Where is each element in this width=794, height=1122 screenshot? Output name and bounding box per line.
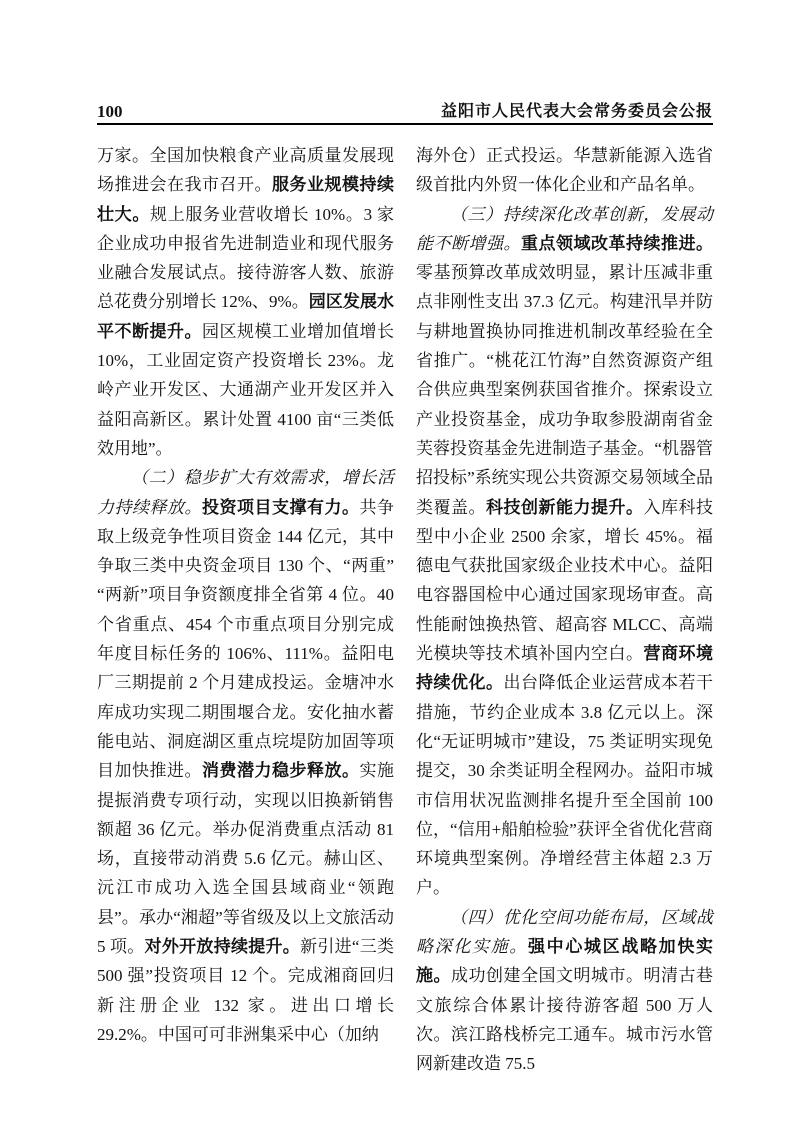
text-run: 投资项目支撑有力。 bbox=[202, 498, 360, 517]
text-run: 零基预算改革成效明显，累计压减非重点非刚性支出 37.3 亿元。构建汛旱并防与耕… bbox=[416, 263, 713, 516]
text-run: 对外开放持续提升。 bbox=[145, 937, 301, 956]
body-content: 万家。全国加快粮食产业高质量发展现场推进会在我市召开。服务业规模持续壮大。规上服… bbox=[97, 141, 713, 1079]
page-number: 100 bbox=[97, 103, 123, 120]
running-header: 100 益阳市人民代表大会常务委员会公报 bbox=[97, 103, 713, 125]
text-column-left: 万家。全国加快粮食产业高质量发展现场推进会在我市召开。服务业规模持续壮大。规上服… bbox=[97, 141, 394, 1079]
text-run: 成功创建全国文明城市。明清古巷文旅综合体累计接待游客超 500 万人次。滨江路栈… bbox=[416, 966, 713, 1073]
text-run: 园区规模工业增加值增长 10%，工业固定资产投资增长 23%。龙岭产业开发区、大… bbox=[97, 322, 394, 458]
text-column-right: 海外仓）正式投运。华慧新能源入选省级首批内外贸一体化企业和产品名单。（三）持续深… bbox=[416, 141, 713, 1079]
text-run: 实施提振消费专项行动，实现以旧换新销售额超 36 亿元。举办促消费重点活动 81… bbox=[97, 761, 394, 956]
text-run: 海外仓）正式投运。华慧新能源入选省级首批内外贸一体化企业和产品名单。 bbox=[416, 146, 713, 194]
text-run: 消费潜力稳步释放。 bbox=[202, 761, 360, 780]
text-run: 科技创新能力提升。 bbox=[486, 498, 644, 517]
paragraph: （三）持续深化改革创新，发展动能不断增强。重点领域改革持续推进。零基预算改革成效… bbox=[416, 200, 713, 903]
paragraph: 海外仓）正式投运。华慧新能源入选省级首批内外贸一体化企业和产品名单。 bbox=[416, 141, 713, 200]
text-run: 入库科技型中小企业 2500 余家，增长 45%。福德电气获批国家级企业技术中心… bbox=[416, 498, 713, 663]
text-run: 出台降低企业运营成本若干措施，节约企业成本 3.8 亿元以上。深化“无证明城市”… bbox=[416, 673, 713, 897]
header-title: 益阳市人民代表大会常务委员会公报 bbox=[441, 104, 713, 120]
text-run: 共争取上级竞争性项目资金 144 亿元，其中争取三类中央资金项目 130 个、“… bbox=[97, 498, 394, 781]
paragraph: （四）优化空间功能布局，区域战略深化实施。强中心城区战略加快实施。成功创建全国文… bbox=[416, 903, 713, 1079]
paragraph: （二）稳步扩大有效需求，增长活力持续释放。投资项目支撑有力。共争取上级竞争性项目… bbox=[97, 463, 394, 1049]
bulletin-page: 100 益阳市人民代表大会常务委员会公报 万家。全国加快粮食产业高质量发展现场推… bbox=[0, 0, 794, 1122]
text-run: 重点领域改革持续推进。 bbox=[521, 234, 713, 253]
paragraph: 万家。全国加快粮食产业高质量发展现场推进会在我市召开。服务业规模持续壮大。规上服… bbox=[97, 141, 394, 463]
